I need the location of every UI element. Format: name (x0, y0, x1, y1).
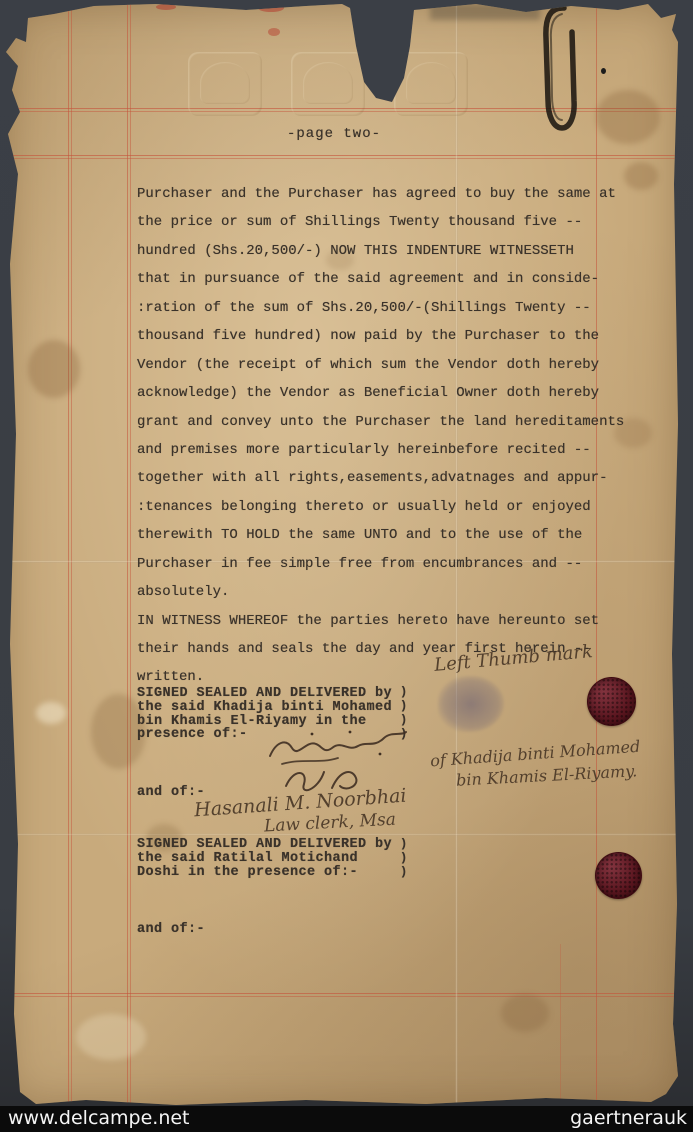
paperclip-mark (534, 4, 584, 138)
photo-of-document: -page two- Purchaser and the Purchaser h… (0, 0, 693, 1132)
attestation-block-ratilal: SIGNED SEALED AND DELIVERED bythe said R… (137, 838, 392, 879)
and-of-label-2: and of:- (137, 922, 205, 937)
embossed-stamp-3 (394, 52, 468, 116)
soot-mark (430, 4, 540, 20)
stain (28, 340, 80, 398)
stain (36, 702, 66, 724)
red-smudge (258, 4, 284, 12)
text-line: and premises more particularly hereinbef… (137, 436, 624, 464)
deed-body-text: Purchaser and the Purchaser has agreed t… (137, 180, 624, 692)
left-margin-line-inner (127, 4, 128, 1106)
text-line: :ration of the sum of Shs.20,500/-(Shill… (137, 294, 624, 322)
text-line: hundred (Shs.20,500/-) NOW THIS INDENTUR… (137, 237, 624, 265)
stain (596, 90, 660, 144)
red-smudge (268, 28, 280, 36)
text-line: the said Khadija binti Mohamed (137, 701, 392, 715)
watermark-right: gaertnerauk (570, 1107, 687, 1129)
text-line: together with all rights,easements,advat… (137, 464, 624, 492)
left-margin-line-outer (68, 4, 69, 1106)
text-line: SIGNED SEALED AND DELIVERED by (137, 838, 392, 852)
text-line: acknowledge) the Vendor as Beneficial Ow… (137, 379, 624, 407)
stain (501, 994, 549, 1032)
right-margin-line-partial (560, 944, 561, 1106)
wax-seal-1 (587, 677, 636, 726)
text-line: absolutely. (137, 578, 624, 606)
stain (624, 162, 658, 190)
and-of-label-1: and of:- (137, 785, 205, 800)
attestation-bracket-2: ) ) ) (400, 837, 407, 879)
text-line: Vendor (the receipt of which sum the Ven… (137, 351, 624, 379)
thumbprint (438, 676, 504, 732)
text-line: that in pursuance of the said agreement … (137, 265, 624, 293)
embossed-stamp-2 (291, 52, 365, 116)
text-line: thousand five hundred) now paid by the P… (137, 322, 624, 350)
red-smudge (156, 4, 176, 10)
text-line: Doshi in the presence of:- (137, 866, 392, 880)
embossed-stamp-1 (188, 52, 262, 116)
text-line: SIGNED SEALED AND DELIVERED by (137, 687, 392, 701)
page-label: -page two- (287, 126, 381, 142)
text-line: the said Ratilal Motichand (137, 852, 392, 866)
ink-speck (601, 68, 606, 74)
text-line: the price or sum of Shillings Twenty tho… (137, 208, 624, 236)
wax-seal-2 (595, 852, 642, 899)
text-line: :tenances belonging thereto or usually h… (137, 493, 624, 521)
watermark-left: www.delcampe.net (8, 1107, 190, 1129)
text-line: therewith TO HOLD the same UNTO and to t… (137, 521, 624, 549)
top-rule-line-2 (6, 155, 678, 156)
text-line: IN WITNESS WHEREOF the parties hereto ha… (137, 607, 624, 635)
stain (76, 1014, 146, 1060)
document-paper: -page two- Purchaser and the Purchaser h… (6, 4, 678, 1106)
text-line: grant and convey unto the Purchaser the … (137, 408, 624, 436)
initials-signature-scribble (274, 760, 364, 796)
text-line: Purchaser and the Purchaser has agreed t… (137, 180, 624, 208)
horizontal-fold-crease-2 (6, 833, 678, 836)
text-line: Purchaser in fee simple free from encumb… (137, 550, 624, 578)
bottom-rule-line (6, 993, 678, 994)
